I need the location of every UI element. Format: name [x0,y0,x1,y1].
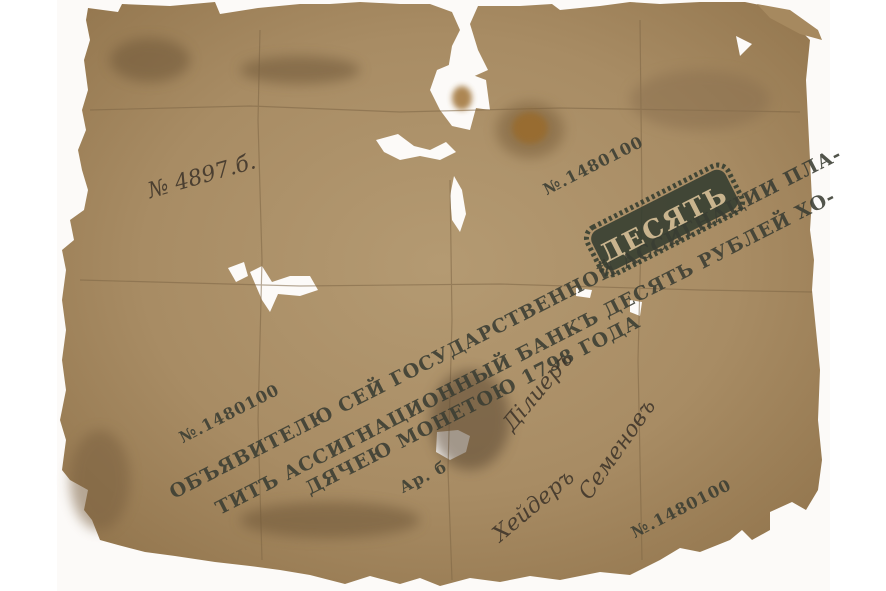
banknote-paper-shape [0,0,886,591]
banknote-photo: ДЕСЯТЬ № 4897.б. №.1480100 №.1480100 №.1… [0,0,886,591]
